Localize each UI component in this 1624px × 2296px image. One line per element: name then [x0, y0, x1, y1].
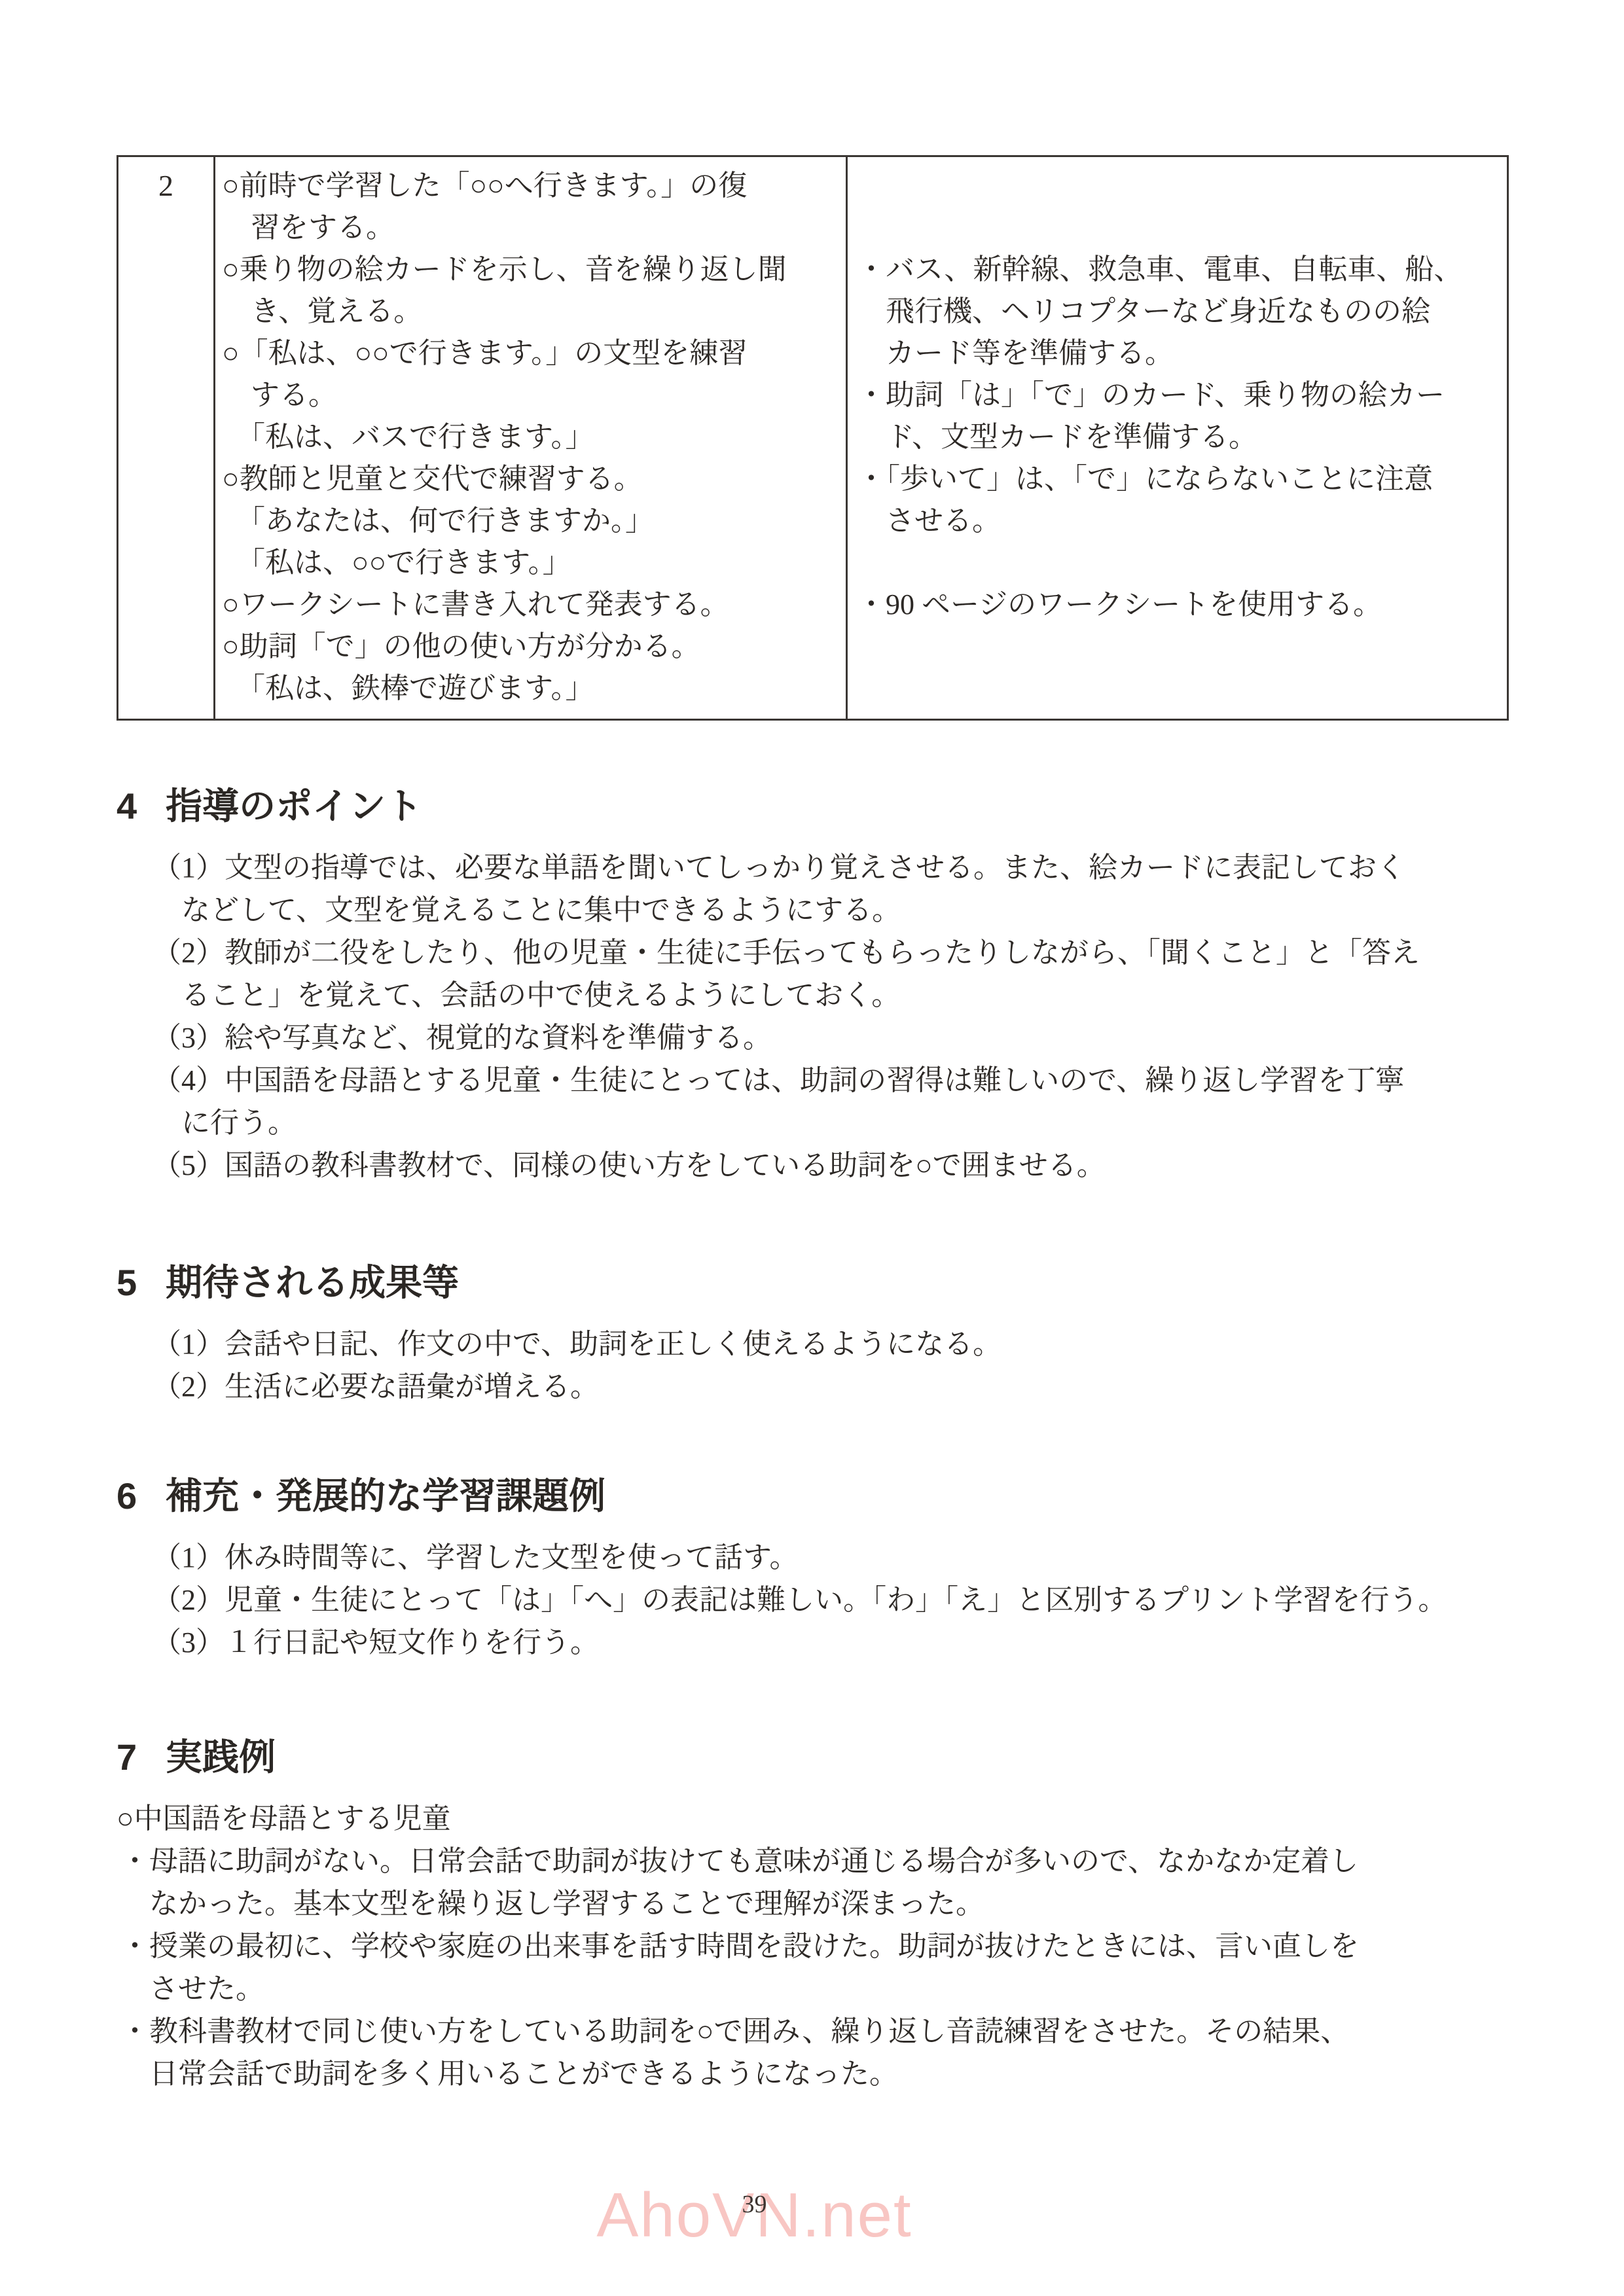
- table-cell-period: 2: [118, 157, 215, 719]
- section-title: 実践例: [166, 1736, 276, 1778]
- body-line: （1）休み時間等に、学習した文型を使って話す。: [153, 1536, 1513, 1579]
- body-line: （2）生活に必要な語彙が増える。: [153, 1365, 1513, 1408]
- note-line: 飛行機、ヘリコプターなど身近なものの絵: [857, 291, 1504, 332]
- section-heading: 4指導のポイント: [117, 783, 1513, 829]
- activity-line: 「私は、○○で行きます。」: [222, 542, 843, 584]
- activity-line: ○教師と児童と交代で練習する。: [222, 458, 843, 500]
- section-heading: 6補充・発展的な学習課題例: [117, 1473, 1513, 1519]
- activity-line: 習をする。: [222, 207, 843, 249]
- section-number: 7: [117, 1736, 137, 1778]
- section-title: 期待される成果等: [166, 1262, 459, 1303]
- page-footer: AhoVN.net 39: [0, 2179, 1566, 2251]
- practice-bullet-line: ・母語に助詞がない。日常会話で助詞が抜けても意味が通じる場合が多いので、なかなか…: [117, 1840, 1513, 1882]
- practice-bullet-line: ・授業の最初に、学校や家庭の出来事を話す時間を設けた。助詞が抜けたときには、言い…: [117, 1925, 1513, 1967]
- note-line: ・バス、新幹線、救急車、電車、自転車、船、: [857, 249, 1504, 291]
- section-heading: 5期待される成果等: [117, 1260, 1513, 1306]
- section-title: 補充・発展的な学習課題例: [166, 1475, 605, 1516]
- activity-line: 「あなたは、何で行きますか。」: [222, 500, 843, 542]
- note-line: ・助詞「は」「で」のカード、乗り物の絵カー: [857, 374, 1504, 416]
- activity-line: ○乗り物の絵カードを示し、音を繰り返し聞: [222, 249, 843, 291]
- practice-bullet-line: なかった。基本文型を繰り返し学習することで理解が深まった。: [117, 1882, 1513, 1925]
- document-page: 2 ○前時で学習した「○○へ行きます。」の復 習をする。 ○乗り物の絵カードを示…: [0, 0, 1624, 2296]
- note-line: ド、文型カードを準備する。: [857, 416, 1504, 458]
- body-line: （5）国語の教科書教材で、同様の使い方をしている助詞を○で囲ませる。: [153, 1144, 1513, 1187]
- note-line: [857, 542, 1504, 584]
- section-title: 指導のポイント: [166, 785, 422, 827]
- activity-line: 「私は、鉄棒で遊びます。」: [222, 668, 843, 709]
- note-line: ・「歩いて」は、「で」にならないことに注意: [857, 458, 1504, 500]
- table-cell-notes: ・バス、新幹線、救急車、電車、自転車、船、 飛行機、ヘリコプターなど身近なものの…: [848, 157, 1507, 719]
- body-line: などして、文型を覚えることに集中できるようにする。: [153, 889, 1513, 931]
- practice-bullet-line: 日常会話で助詞を多く用いることができるようになった。: [117, 2053, 1513, 2095]
- practice-bullet-line: ・教科書教材で同じ使い方をしている助詞を○で囲み、繰り返し音読練習をさせた。その…: [117, 2010, 1513, 2053]
- activity-line: き、覚える。: [222, 291, 843, 332]
- practice-intro-line: ○中国語を母語とする児童: [117, 1797, 1513, 1840]
- body-line: （3）１行日記や短文作りを行う。: [153, 1621, 1513, 1664]
- body-line: （2）教師が二役をしたり、他の児童・生徒に手伝ってもらったりしながら、「聞くこと…: [153, 931, 1513, 974]
- body-line: （3）絵や写真など、視覚的な資料を準備する。: [153, 1016, 1513, 1059]
- activity-line: ○ワークシートに書き入れて発表する。: [222, 584, 843, 626]
- activity-line: ○助詞「で」の他の使い方が分かる。: [222, 626, 843, 668]
- body-line: に行う。: [153, 1102, 1513, 1144]
- section-practice-examples: 7実践例 ○中国語を母語とする児童 ・母語に助詞がない。日常会話で助詞が抜けても…: [117, 1734, 1513, 2095]
- section-body: （1）会話や日記、作文の中で、助詞を正しく使えるようになる。 （2）生活に必要な…: [117, 1323, 1513, 1408]
- section-expected-results: 5期待される成果等 （1）会話や日記、作文の中で、助詞を正しく使えるようになる。…: [117, 1260, 1513, 1408]
- section-body: （1）文型の指導では、必要な単語を聞いてしっかり覚えさせる。また、絵カードに表記…: [117, 846, 1513, 1187]
- table-cell-activities: ○前時で学習した「○○へ行きます。」の復 習をする。 ○乗り物の絵カードを示し、…: [215, 157, 848, 719]
- section-body: ○中国語を母語とする児童 ・母語に助詞がない。日常会話で助詞が抜けても意味が通じ…: [117, 1797, 1513, 2095]
- body-line: ること」を覚えて、会話の中で使えるようにしておく。: [153, 974, 1513, 1016]
- note-line: [857, 207, 1504, 249]
- note-line: [857, 165, 1504, 207]
- activity-line: 「私は、バスで行きます。」: [222, 416, 843, 458]
- period-number: 2: [118, 166, 213, 206]
- page-number: 39: [0, 2190, 1566, 2219]
- body-line: （2）児童・生徒にとって「は」「へ」の表記は難しい。「わ」「え」と区別するプリン…: [153, 1579, 1513, 1621]
- section-heading: 7実践例: [117, 1734, 1513, 1780]
- activity-line: ○前時で学習した「○○へ行きます。」の復: [222, 165, 843, 207]
- section-number: 5: [117, 1262, 137, 1303]
- note-line: ・90 ページのワークシートを使用する。: [857, 584, 1504, 626]
- section-number: 6: [117, 1475, 137, 1516]
- activity-line: ○「私は、○○で行きます。」の文型を練習: [222, 332, 843, 374]
- practice-bullet-line: させた。: [117, 1967, 1513, 2010]
- section-guidance-points: 4指導のポイント （1）文型の指導では、必要な単語を聞いてしっかり覚えさせる。ま…: [117, 783, 1513, 1187]
- note-line: カード等を準備する。: [857, 332, 1504, 374]
- body-line: （1）会話や日記、作文の中で、助詞を正しく使えるようになる。: [153, 1323, 1513, 1365]
- section-number: 4: [117, 785, 137, 827]
- page-content: 2 ○前時で学習した「○○へ行きます。」の復 習をする。 ○乗り物の絵カードを示…: [0, 0, 1624, 2095]
- body-line: （4）中国語を母語とする児童・生徒にとっては、助詞の習得は難しいので、繰り返し学…: [153, 1059, 1513, 1102]
- activity-line: する。: [222, 374, 843, 416]
- section-body: （1）休み時間等に、学習した文型を使って話す。 （2）児童・生徒にとって「は」「…: [117, 1536, 1513, 1664]
- section-supplementary-tasks: 6補充・発展的な学習課題例 （1）休み時間等に、学習した文型を使って話す。 （2…: [117, 1473, 1513, 1664]
- note-line: させる。: [857, 500, 1504, 542]
- lesson-plan-table: 2 ○前時で学習した「○○へ行きます。」の復 習をする。 ○乗り物の絵カードを示…: [117, 155, 1509, 721]
- body-line: （1）文型の指導では、必要な単語を聞いてしっかり覚えさせる。また、絵カードに表記…: [153, 846, 1513, 889]
